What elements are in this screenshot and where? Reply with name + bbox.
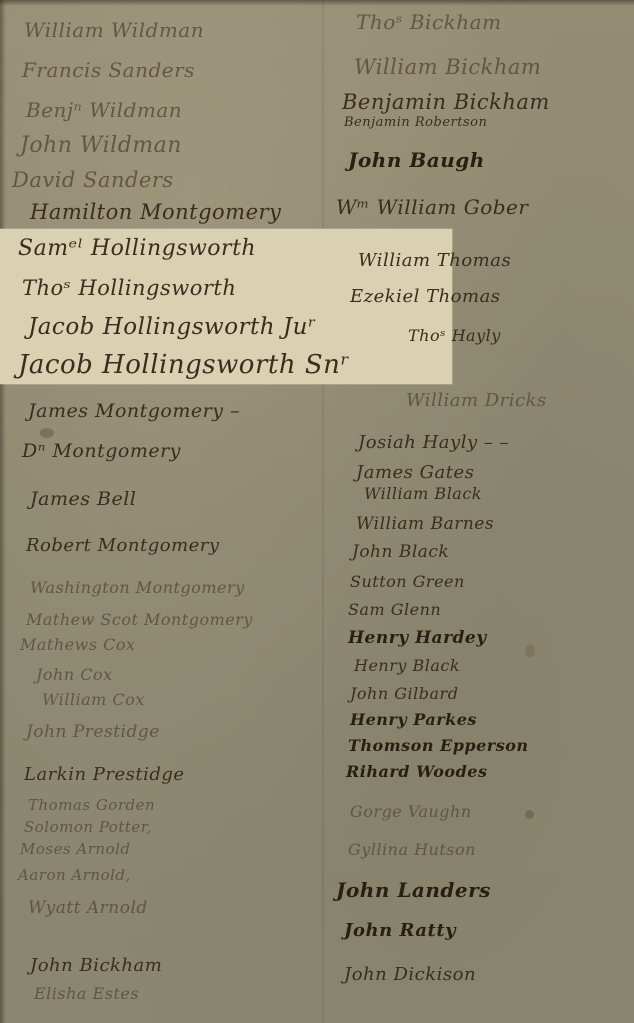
signature: John Prestidge: [26, 722, 160, 742]
signature: Larkin Prestidge: [24, 764, 185, 785]
signature: John Dickison: [344, 964, 476, 985]
signature: Henry Parkes: [350, 710, 477, 729]
signature: John Baugh: [348, 148, 485, 172]
signature: John Landers: [336, 878, 491, 902]
signature: Samᵉˡ Hollingsworth: [18, 236, 256, 261]
signature: Josiah Hayly – –: [358, 432, 509, 453]
signature: Sam Glenn: [348, 600, 441, 619]
signature: James Gates: [356, 462, 474, 483]
signature: Sutton Green: [350, 572, 465, 591]
signature: Thoˢ Hayly: [408, 326, 501, 345]
signature: Wyatt Arnold: [28, 898, 148, 918]
signature: William Dricks: [406, 390, 547, 411]
manuscript-page: William Wildman Francis Sanders Benjⁿ Wi…: [0, 0, 634, 1023]
signature: Thomas Gorden: [28, 796, 155, 814]
page-fold-line: [322, 0, 324, 1023]
signature: William Bickham: [354, 55, 541, 79]
page-left-edge: [0, 0, 6, 1023]
signature: Thomson Epperson: [348, 736, 529, 755]
signature: Benjⁿ Wildman: [26, 98, 182, 122]
signature: William Cox: [42, 690, 145, 709]
signature: Wᵐ William Gober: [336, 195, 528, 219]
ink-stain: [525, 810, 534, 819]
signature: Rihard Woodes: [346, 762, 487, 781]
signature: John Bickham: [30, 955, 162, 976]
signature: John Wildman: [20, 133, 182, 158]
signature: Robert Montgomery: [26, 535, 220, 556]
signature: John Gilbard: [350, 684, 458, 703]
signature: Jacob Hollingsworth Juʳ: [28, 314, 316, 340]
signature: Hamilton Montgomery: [30, 200, 281, 224]
signature: Solomon Potter,: [24, 818, 152, 836]
signature: Mathew Scot Montgomery: [26, 610, 253, 629]
signature: Francis Sanders: [22, 58, 195, 82]
signature: William Barnes: [356, 514, 494, 534]
signature: James Montgomery –: [28, 400, 240, 422]
signature: Benjamin Bickham: [342, 90, 550, 114]
signature: Henry Black: [354, 656, 460, 675]
signature: Thoˢ Hollingsworth: [22, 276, 236, 300]
signature: John Cox: [36, 665, 113, 684]
signature: John Black: [352, 542, 449, 562]
signature: Mathews Cox: [20, 635, 136, 654]
signature: Washington Montgomery: [30, 578, 245, 597]
signature: John Ratty: [344, 920, 456, 941]
signature: Dⁿ Montgomery: [22, 440, 181, 462]
signature: William Wildman: [24, 18, 204, 42]
signature: Gyllina Hutson: [348, 840, 476, 859]
signature: Moses Arnold: [20, 840, 131, 858]
page-top-edge: [0, 0, 634, 6]
signature: Aaron Arnold,: [18, 866, 131, 884]
ink-stain: [40, 428, 54, 438]
signature: David Sanders: [12, 168, 174, 192]
signature: Ezekiel Thomas: [350, 286, 501, 307]
signature: William Thomas: [358, 250, 511, 271]
signature: Gorge Vaughn: [350, 802, 472, 821]
signature: Jacob Hollingsworth Snʳ: [18, 350, 350, 380]
signature: Elisha Estes: [34, 984, 139, 1003]
signature: Henry Hardey: [348, 628, 487, 648]
signature: Thoˢ Bickham: [356, 10, 502, 34]
ink-stain: [525, 645, 535, 657]
signature: James Bell: [30, 488, 136, 510]
signature: Benjamin Robertson: [344, 115, 487, 130]
signature: William Black: [364, 484, 482, 503]
